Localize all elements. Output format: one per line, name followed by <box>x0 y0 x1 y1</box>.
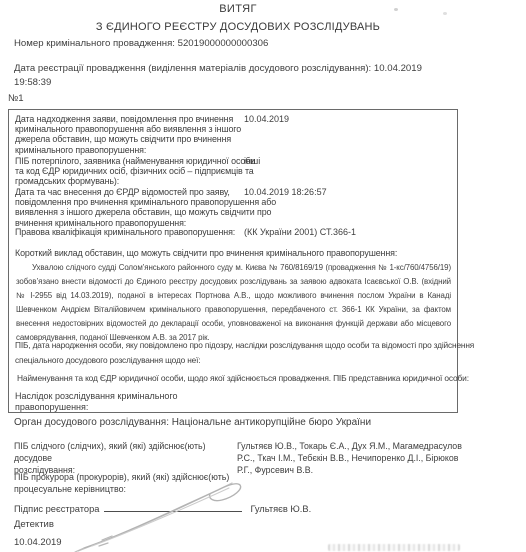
summary-paragraph: Ухвалою слідчого судді Солом’янського ра… <box>16 261 451 344</box>
authority-line: Орган досудового розслідування: Націонал… <box>14 417 371 428</box>
record-number: №1 <box>8 93 24 104</box>
registration-date-label: Дата реєстрації провадження (виділення м… <box>14 63 371 74</box>
signature-underline <box>104 502 242 512</box>
record-table: Дата надходження заяви, повідомлення про… <box>8 109 458 413</box>
row-value: 10.04.2019 <box>244 114 289 124</box>
case-number-line: Номер кримінального провадження: 5201900… <box>14 38 268 49</box>
registrar-signature-line: Підпис реєстратораГультяєв Ю.В. <box>14 502 311 514</box>
prosecutor-label: ПІБ прокурора (прокурорів), який (які) з… <box>14 471 229 495</box>
row-label: Дата надходження заяви, повідомлення про… <box>15 114 453 155</box>
row-label: ПІБ потерпілого, заявника (найменування … <box>15 156 453 187</box>
table-row-intake-date: Дата надходження заяви, повідомлення про… <box>15 114 453 155</box>
row-value: 10.04.2019 18:26:57 <box>244 187 327 197</box>
investigators-names: Гультяєв Ю.В., Токарь Є.А., Дух Я.М., Ма… <box>237 440 467 476</box>
table-row-victim: ПІБ потерпілого, заявника (найменування … <box>15 156 453 187</box>
row-value: (КК України 2001) СТ.366-1 <box>244 227 356 237</box>
authority-label: Орган досудового розслідування: <box>14 417 169 428</box>
scan-artifact-smudge <box>328 544 460 551</box>
table-row-erdr-entry: Дата та час внесення до ЄРДР відомостей … <box>15 187 453 228</box>
table-row-suspect: ПІБ, дата народження особи, яку повідомл… <box>15 338 453 368</box>
table-row-legal-qualification: Правова кваліфікація кримінального право… <box>15 227 453 237</box>
registrar-label: Підпис реєстратора <box>14 504 99 514</box>
position-title: Детектив <box>14 519 54 530</box>
summary-label: Короткий виклад обставин, що можуть свід… <box>15 248 453 258</box>
page-subtitle: З ЄДИНОГО РЕЄСТРУ ДОСУДОВИХ РОЗСЛІДУВАНЬ <box>0 21 476 33</box>
registration-date-line: Дата реєстрації провадження (виділення м… <box>14 62 494 89</box>
registrar-name: Гультяєв Ю.В. <box>250 504 311 514</box>
page-title: ВИТЯГ <box>0 3 476 15</box>
row-label: Правова кваліфікація кримінального право… <box>15 227 453 237</box>
scan-artifact-speck <box>443 12 447 15</box>
case-number-label: Номер кримінального провадження: <box>14 38 175 49</box>
case-number-value: 52019000000000306 <box>178 38 269 49</box>
table-row-investigation-result: Наслідок розслідування кримінального пра… <box>15 391 453 413</box>
document-date: 10.04.2019 <box>14 537 62 548</box>
row-label: Дата та час внесення до ЄРДР відомостей … <box>15 187 453 228</box>
table-row-legal-entity: Найменування та код ЄДР юридичної особи,… <box>17 373 453 383</box>
row-value: інші <box>244 156 260 166</box>
scan-artifact-speck <box>394 8 398 11</box>
authority-value: Національне антикорупційне бюро України <box>172 417 371 428</box>
